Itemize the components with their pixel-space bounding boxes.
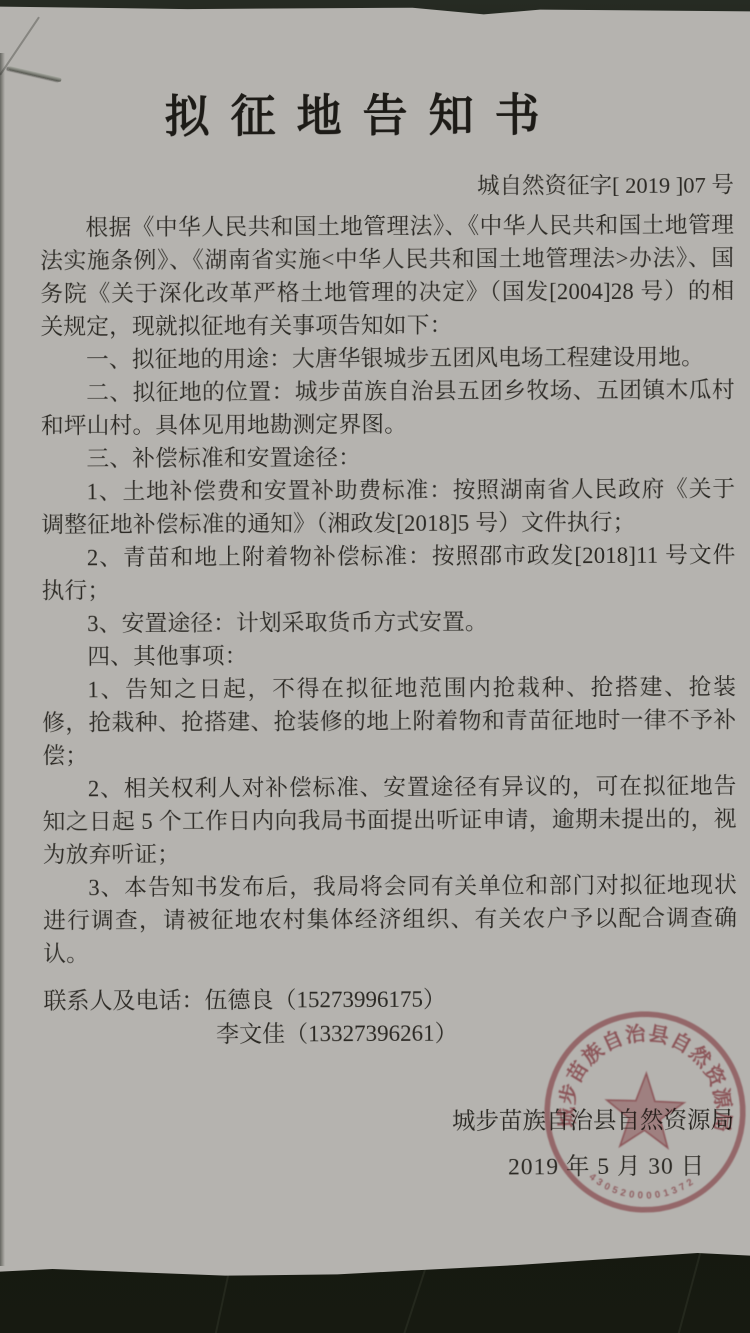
signature-org: 城步苗族自治县自然资源局 bbox=[44, 1097, 738, 1146]
table-seam bbox=[676, 1251, 701, 1333]
document-paper: 拟征地告知书 城自然资征字[ 2019 ]07 号 根据《中华人民共和国土地管理… bbox=[0, 0, 750, 1333]
paragraph-item-4-1: 1、告知之日起，不得在拟征地范围内抢栽种、抢搭建、抢装修，抢栽种、抢搭建、抢装修… bbox=[42, 670, 736, 772]
contact-person-1: 伍德良（15273996175） bbox=[204, 986, 446, 1012]
document-title: 拟征地告知书 bbox=[15, 0, 710, 143]
contact-person-2: 李文佳（13327396261） bbox=[44, 1015, 738, 1052]
contact-line-1: 联系人及电话：伍德良（15273996175） bbox=[43, 981, 737, 1018]
signature-block: 城步苗族自治县自然资源局 2019 年 5 月 30 日 bbox=[44, 1097, 738, 1192]
paragraph-item-2-location: 二、拟征地的位置：城步苗族自治县五团乡牧场、五团镇木瓜村和坪山村。具体见用地勘测… bbox=[41, 373, 735, 442]
paragraph-legal-basis: 根据《中华人民共和国土地管理法》、《中华人民共和国土地管理法实施条例》、《湖南省… bbox=[40, 208, 735, 343]
photo-background: 拟征地告知书 城自然资征字[ 2019 ]07 号 根据《中华人民共和国土地管理… bbox=[0, 0, 750, 1333]
contact-block: 联系人及电话：伍德良（15273996175） 李文佳（13327396261） bbox=[43, 981, 737, 1052]
paragraph-item-3-1: 1、土地补偿费和安置补助费标准：按照湖南省人民政府《关于调整征地补偿标准的通知》… bbox=[41, 472, 735, 541]
paragraph-item-4-heading: 四、其他事项： bbox=[42, 637, 736, 673]
paragraph-item-3-2: 2、青苗和地上附着物补偿标准：按照邵市政发[2018]11 号文件执行； bbox=[41, 538, 735, 607]
document-body: 根据《中华人民共和国土地管理法》、《中华人民共和国土地管理法实施条例》、《湖南省… bbox=[40, 208, 737, 970]
document-content: 拟征地告知书 城自然资征字[ 2019 ]07 号 根据《中华人民共和国土地管理… bbox=[0, 0, 750, 1333]
paragraph-item-3-heading: 三、补偿标准和安置途径： bbox=[41, 439, 735, 475]
contact-label: 联系人及电话： bbox=[43, 987, 204, 1013]
paragraph-item-3-3: 3、安置途径：计划采取货币方式安置。 bbox=[42, 604, 736, 640]
paragraph-item-1-purpose: 一、拟征地的用途：大唐华银城步五团风电场工程建设用地。 bbox=[41, 340, 735, 376]
paragraph-item-4-2: 2、相关权利人对补偿标准、安置途径有异议的，可在拟征地告知之日起 5 个工作日内… bbox=[42, 769, 736, 871]
signature-date: 2019 年 5 月 30 日 bbox=[44, 1143, 738, 1192]
paragraph-item-4-3: 3、本告知书发布后，我局将会同有关单位和部门对拟征地现状进行调查，请被征地农村集… bbox=[43, 868, 737, 970]
doc-number: 城自然资征字[ 2019 ]07 号 bbox=[40, 167, 734, 202]
